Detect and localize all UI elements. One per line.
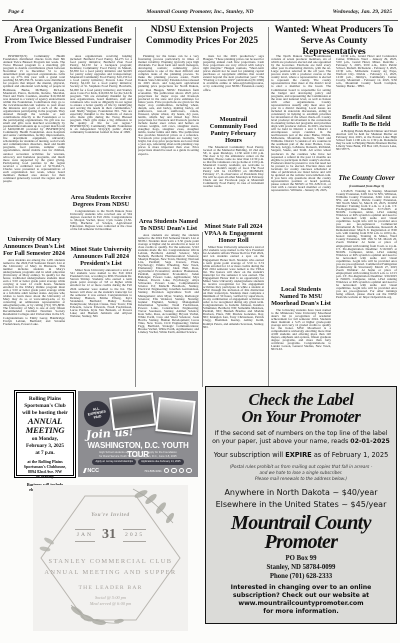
county-clover-continued-note: (Continued from Page 3) [336,184,397,188]
promoter-phone: Phone (701) 628-2333 [206,572,396,581]
online-subscription-4: for more information. [206,608,396,616]
masthead-rule [2,20,398,21]
article-county-clover-text: 1/2/2025: Training in Stanley, Mountrail… [336,190,397,376]
invitation-month: JAN [75,529,95,542]
subheadline-msum-deans-list: Local Students Named To MSU Moorhead Dea… [271,286,331,307]
invitation-kicker: You're Invited [33,512,188,518]
ad-dc-youth-tour: ALL EXPENSES PAID Join us! WASHINGTON, D… [78,391,198,477]
subheadline-benefit-raffle: Benefit And Silent Raffle To Be Held [336,114,397,128]
invitation-year: 2025 [123,529,146,542]
instagram-icon [171,468,177,474]
ad-rp-hosting: will be hosting their [17,410,73,417]
invitation-meal-time: Meal served @ 6:00 pm [33,601,188,606]
check-label-title-2: On Your Promoter [206,409,396,426]
promoter-brand-1: Mountrail County [206,514,396,533]
invitation-venue: THE LEADER BAR [33,585,188,591]
subheadline-msu-presidents-list: Minot State University Announces Fall 20… [70,246,132,267]
ad-rp-when-1: on Monday, [17,436,73,443]
promoter-city-zip: Stanley, ND 58784-0099 [206,563,396,572]
ad-rp-when-3: at 7 p.m. [17,450,73,457]
invitation-social-time: Social @ 5:00 pm [33,595,188,600]
article-wheat-caucus-dates: 10:30 a.m., Grand Hotel and Conference C… [336,55,397,111]
column-4: tions for the 2025 production," says Hau… [203,55,264,390]
newspaper-page: { "masthead": { "page_label": "Page 4", … [0,0,400,643]
headline-wheat-producers: Wanted: Wheat Producers To Serve As Coun… [270,25,398,58]
invitation-event-name: ANNUAL MEETING AND SUPPER [33,569,188,576]
column-5: The North Dakota Wheat Commission consis… [271,55,331,387]
column-6: 10:30 a.m., Grand Hotel and Conference C… [336,55,397,376]
article-umary-text: Area students are among the 1,281 studen… [3,259,65,385]
rate-north-dakota: Anywhere in North Dakota ~ $40/year [206,487,396,499]
ad-check-the-label-subscription: Check the Label On Your Promoter If the … [205,386,397,624]
promoter-website-url: www.mountrailcountypromoter.com [206,600,396,608]
article-wheat-producers-text: The North Dakota Wheat Commission consis… [271,55,331,283]
subheadline-umary-deans-list: University Of Mary Announces Dean's List… [3,236,65,257]
check-label-body-1: If the second set of numbers on the top … [206,430,396,438]
twitter-icon [179,468,185,474]
article-food-pantry-text: The Mountrail Community Food Pantry, loc… [203,146,264,221]
subheadline-county-clover: The County Clover [336,174,397,182]
article-twice-blessed-text: INSPIRIT(US) Community Health Foundation… [3,55,65,233]
fine-print-3: Please mail renewals to the address belo… [206,476,396,482]
youtube-icon [186,468,192,474]
leaf-decoration-top-right [133,489,175,525]
subheadline-food-pantry-hours: Mountrail Community Food Pantry February… [203,116,264,144]
invitation-day: 31 [102,527,116,543]
article-ndsu-extension-text-continued: tions for the 2025 production," says Hau… [203,55,264,113]
column-rule [135,27,136,387]
leaf-decoration-bottom-left [70,605,125,626]
subheadline-ndsu-deans-list: Area Students Named To NDSU Dean's List [138,218,199,232]
article-msum-deans-text: The following students have been named t… [271,309,331,387]
online-subscription-1: Interested in changing over to an online [206,584,396,592]
article-ndsu-degrees-text: Congratulations to the North Dakota Stat… [70,210,132,244]
rate-elsewhere: Elsewhere in the United States ~ $45/yea… [206,499,396,511]
invitation-date: JAN 31 2025 [33,527,188,543]
expire-notice: Your subscription will EXPIRE as of Febr… [206,451,396,459]
join-us-script-text: Join us! [86,425,134,441]
label-date-value: 02-01-2025 [350,438,390,445]
ad-rp-when-2: February 3, 2025 [17,443,73,450]
check-label-body-2: on your paper, just above your name, rea… [206,438,396,446]
ad-rolling-plains-inner: Rolling Plains Sportsman's Club will be … [16,392,74,476]
column-1: INSPIRIT(US) Community Health Foundation… [3,55,65,385]
youth-tour-photo-students [155,397,195,435]
youth-tour-subtext-2: for Rural Service Youth Tour in Washingt… [82,455,194,459]
youth-tour-apply-pill: Apply at: nccray.com/scholarships [92,459,136,465]
article-ndsu-extension-text: Planning for the future can be a very fr… [138,55,199,215]
promoter-brand-2: Promoter [206,533,396,552]
promoter-po-box: PO Box 99 [206,554,396,563]
article-ndsu-deans-text: Area students are among the students nam… [138,234,199,367]
column-rule [268,27,269,387]
subheadline-msu-vpaa-honor-roll: Minot State Fall 2024 VPAA & Engagement … [203,223,264,244]
article-msu-vpaa-text: Minot State University announced a total… [203,246,264,390]
ad-rp-meeting: MEETING [17,426,73,435]
ad-stanley-commercial-club-invitation: You're Invited JAN 31 2025 STANLEY COMME… [33,485,188,631]
ncc-logo: NCC [84,468,99,474]
ad-rp-club-name-2: Sportsman's Club [17,403,73,410]
column-3: Planning for the future can be a very fr… [138,55,199,367]
all-expenses-paid-badge: ALL EXPENSES PAID [82,399,112,429]
headline-ndsu-extension: NDSU Extension Projects Commodity Prices… [138,25,266,47]
headline-twice-blessed: Area Organizations Benefit From Twice Bl… [2,25,134,47]
youth-tour-deadline-pill: Applications due February 14, 2025 [138,459,183,465]
ad-rolling-plains-annual-meeting: Rolling Plains Sportsman's Club will be … [14,390,76,478]
youth-tour-phone: 701-568-3331 [144,469,161,473]
masthead-date: Wednesday, Jan. 29, 2025 [333,9,392,15]
subheadline-ndsu-degrees: Area Students Receive Degrees From NDSU [70,194,132,208]
column-2: Area organizations receiving funding inc… [70,55,132,357]
invitation-club-name: STANLEY COMMERCIAL CLUB [33,558,188,565]
article-twice-blessed-text-continued: Area organizations receiving funding inc… [70,55,132,191]
ad-rp-where-4: in Stanley [17,474,73,479]
article-msu-presidents-text: Minot State University announced a total… [70,269,132,357]
facebook-icon [164,468,170,474]
ad-rp-club-name-1: Rolling Plains [17,396,73,403]
online-subscription-2: subscription? Check out our website at [206,592,396,600]
article-benefit-raffle-text: A Helping Hands Benefit Dinner and Silen… [336,130,397,172]
